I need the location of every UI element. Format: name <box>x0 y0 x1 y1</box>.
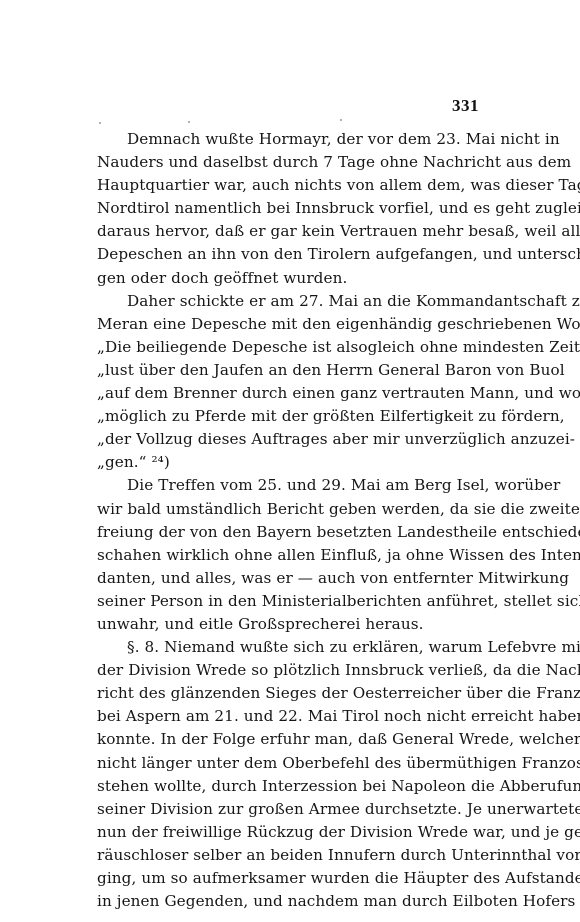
text-line: in jenen Gegenden, und nachdem man durch… <box>97 890 505 913</box>
body-text: Demnach wußte Hormayr, der vor dem 23. M… <box>97 128 505 913</box>
text-line: Daher schickte er am 27. Mai an die Komm… <box>97 290 505 313</box>
text-line: räuschloser selber an beiden Innufern du… <box>97 844 505 867</box>
text-line: §. 8. Niemand wußte sich zu erklären, wa… <box>97 636 505 659</box>
text-line: „gen.“ ²⁴) <box>97 451 505 474</box>
text-line: Depeschen an ihn von den Tirolern aufgef… <box>97 243 505 266</box>
text-line: bei Aspern am 21. und 22. Mai Tirol noch… <box>97 705 505 728</box>
text-line: danten, und alles, was er — auch von ent… <box>97 567 505 590</box>
text-line: unwahr, und eitle Großsprecherei heraus. <box>97 613 505 636</box>
text-line: „Die beiliegende Depesche ist alsogleich… <box>97 336 505 359</box>
text-line: ging, um so aufmerksamer wurden die Häup… <box>97 867 505 890</box>
text-line: freiung der von den Bayern besetzten Lan… <box>97 521 505 544</box>
text-line: Nauders und daselbst durch 7 Tage ohne N… <box>97 151 505 174</box>
text-line: gen oder doch geöffnet wurden. <box>97 267 505 290</box>
text-line: Hauptquartier war, auch nichts von allem… <box>97 174 505 197</box>
book-page: 331 Demnach wußte Hormayr, der vor dem 2… <box>0 0 580 922</box>
text-line: nun der freiwillige Rückzug der Division… <box>97 821 505 844</box>
text-line: schahen wirklich ohne allen Einfluß, ja … <box>97 544 505 567</box>
text-line: Demnach wußte Hormayr, der vor dem 23. M… <box>97 128 505 151</box>
text-line: Die Treffen vom 25. und 29. Mai am Berg … <box>97 474 505 497</box>
text-line: der Division Wrede so plötzlich Innsbruc… <box>97 659 505 682</box>
text-line: „lust über den Jaufen an den Herrn Gener… <box>97 359 505 382</box>
text-line: Nordtirol namentlich bei Innsbruck vorfi… <box>97 197 505 220</box>
text-line: seiner Person in den Ministerialberichte… <box>97 590 505 613</box>
text-line: stehen wollte, durch Interzession bei Na… <box>97 775 505 798</box>
text-line: „der Vollzug dieses Auftrages aber mir u… <box>97 428 505 451</box>
page-number: 331 <box>452 96 479 116</box>
print-speck <box>188 121 190 123</box>
print-speck <box>340 119 342 121</box>
text-line: richt des glänzenden Sieges der Oesterre… <box>97 682 505 705</box>
text-line: „möglich zu Pferde mit der größten Eilfe… <box>97 405 505 428</box>
print-speck <box>99 122 101 124</box>
text-line: nicht länger unter dem Oberbefehl des üb… <box>97 752 505 775</box>
text-line: konnte. In der Folge erfuhr man, daß Gen… <box>97 728 505 751</box>
text-line: daraus hervor, daß er gar kein Vertrauen… <box>97 220 505 243</box>
text-line: seiner Division zur großen Armee durchse… <box>97 798 505 821</box>
text-line: wir bald umständlich Bericht geben werde… <box>97 498 505 521</box>
text-line: Meran eine Depesche mit den eigenhändig … <box>97 313 505 336</box>
text-line: „auf dem Brenner durch einen ganz vertra… <box>97 382 505 405</box>
